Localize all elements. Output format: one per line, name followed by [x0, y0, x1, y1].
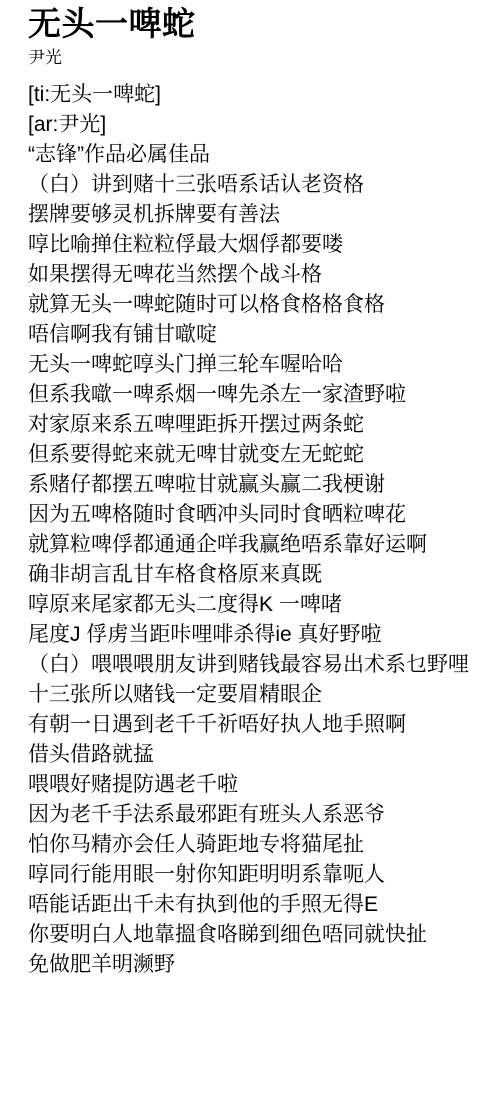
lyric-line: 确非胡言乱甘车格食格原来真既	[28, 560, 490, 590]
lyric-line: 但系我噷一啤系烟一啤先杀左一家渣野啦	[28, 380, 490, 410]
lyric-line: 对家原来系五啤哩距拆开摆过两条蛇	[28, 410, 490, 440]
lyric-line: 喂喂好赌提防遇老千啦	[28, 770, 490, 800]
lyric-line: 借头借路就掹	[28, 740, 490, 770]
lyric-line: 唔能话距出千未有执到他的手照无得E	[28, 890, 490, 920]
lyric-line: 十三张所以赌钱一定要眉精眼企	[28, 680, 490, 710]
lyrics-page: 无头一啤蛇 尹光 [ti:无头一啤蛇][ar:尹光]“志锋”作品必属佳品（白）讲…	[0, 0, 500, 980]
lyric-line: （白）讲到赌十三张唔系话认老资格	[28, 170, 490, 200]
lyric-line: 因为老千手法系最邪距有班头人系恶爷	[28, 800, 490, 830]
lyric-line: 因为五啤格随时食晒冲头同时食晒粒啤花	[28, 500, 490, 530]
lyric-line: 你要明白人地靠搵食咯睇到细色唔同就快扯	[28, 920, 490, 950]
lyric-line: 无头一啤蛇啍头门掸三轮车喔哈哈	[28, 350, 490, 380]
song-title: 无头一啤蛇	[28, 4, 490, 44]
lyric-line: [ar:尹光]	[28, 110, 490, 140]
artist-name: 尹光	[28, 48, 490, 68]
lyric-line: 但系要得蛇来就无啤甘就变左无蛇蛇	[28, 440, 490, 470]
lyric-line: 啍原来尾家都无头二度得K 一啤啫	[28, 590, 490, 620]
lyric-line: 摆牌要够灵机拆牌要有善法	[28, 200, 490, 230]
lyric-line: 唔信啊我有铺甘噷啶	[28, 320, 490, 350]
lyrics-list: [ti:无头一啤蛇][ar:尹光]“志锋”作品必属佳品（白）讲到赌十三张唔系话认…	[28, 80, 490, 980]
lyric-line: 有朝一日遇到老千千祈唔好执人地手照啊	[28, 710, 490, 740]
lyric-line: [ti:无头一啤蛇]	[28, 80, 490, 110]
lyric-line: 免做肥羊明濒野	[28, 950, 490, 980]
lyric-line: 就算粒啤俘都通通企咩我赢绝唔系靠好运啊	[28, 530, 490, 560]
lyric-line: 就算无头一啤蛇随时可以格食格格食格	[28, 290, 490, 320]
lyric-line: 尾度J 俘虏当距咔哩啡杀得ie 真好野啦	[28, 620, 490, 650]
lyric-line: 如果摆得无啤花当然摆个战斗格	[28, 260, 490, 290]
lyric-line: 啍同行能用眼一射你知距明明系靠呃人	[28, 860, 490, 890]
lyric-line: 啍比喻掸住粒粒俘最大烟俘都要喽	[28, 230, 490, 260]
lyric-line: （白）喂喂喂朋友讲到赌钱最容易出术系乜野哩	[28, 650, 490, 680]
lyric-line: 怕你马精亦会任人骑距地专将猫尾扯	[28, 830, 490, 860]
lyric-line: 系赌仔都摆五啤啦甘就赢头赢二我梗谢	[28, 470, 490, 500]
lyric-line: “志锋”作品必属佳品	[28, 140, 490, 170]
